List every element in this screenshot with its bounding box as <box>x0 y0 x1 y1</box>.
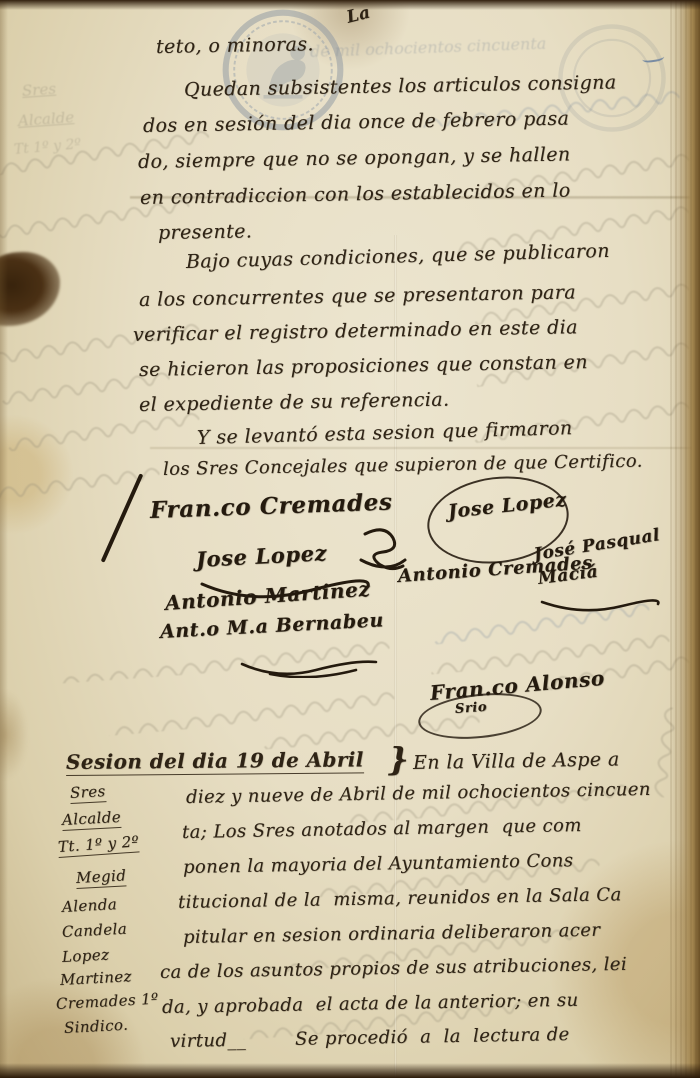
manuscript-line: ponen la mayoria del Ayuntamiento Cons <box>183 850 574 878</box>
session-heading-text: Sesion del dia 19 de Abril <box>66 747 364 776</box>
margin-item: Candela <box>62 920 128 941</box>
bleedthrough-top-line: de mil ochocientos cincuenta <box>310 34 547 61</box>
manuscript-page: de mil ochocientos cincuenta Sres Alcald… <box>0 0 700 1078</box>
manuscript-line: ta; Los Sres anotados al margen que com <box>182 815 582 843</box>
manuscript-line: a los concurrentes que se presentaron pa… <box>139 281 576 311</box>
margin-item: Sres <box>70 782 107 802</box>
ghost-squiggle <box>419 598 650 646</box>
page-bottom-edge <box>0 1063 700 1078</box>
book-block-right-edge <box>670 0 700 1078</box>
manuscript-line: presente. <box>158 220 253 244</box>
manuscript-line: teto, o minoras. <box>156 33 314 58</box>
signature-bernabeu: Ant.o M.a Bernabeu <box>159 609 384 643</box>
manuscript-line: verificar el registro determinado en est… <box>133 316 578 346</box>
signature-flourish <box>101 473 144 562</box>
margin-item: Tt. 1º y 2º <box>57 832 139 856</box>
session-heading: Sesion del dia 19 de Abril <box>66 747 364 774</box>
manuscript-line: se hicieron las proposiciones que consta… <box>139 351 588 381</box>
margin-item: Megid <box>76 866 127 887</box>
signature-underline-flourish <box>240 648 380 678</box>
bleedthrough-margin: Alcalde <box>17 108 74 130</box>
page-left-edge <box>0 0 8 1078</box>
margin-item: Lopez <box>62 946 110 966</box>
margin-item: Alcalde <box>62 808 122 829</box>
margin-item: Alenda <box>62 895 118 916</box>
margin-item: Martinez <box>60 967 133 989</box>
manuscript-line: Y se levantó esta sesion que firmaron <box>197 417 573 449</box>
manuscript-line: En la Villa de Aspe a <box>413 748 620 774</box>
manuscript-line: pitular en sesion ordinaria deliberaron … <box>183 920 601 948</box>
signature-jose-lopez: Jose Lopez <box>195 540 327 572</box>
ghost-squiggle <box>95 687 396 737</box>
brace: } <box>388 740 409 778</box>
signature-secretary-abbrev: Srio <box>454 700 487 717</box>
manuscript-line: diez y nueve de Abril de mil ochocientos… <box>186 779 651 808</box>
signature-antonio-martinez: Antonio Martinez <box>164 577 371 615</box>
bleedthrough-margin: Tt 1º y 2º <box>13 136 81 158</box>
manuscript-line: virtud__ Se procedió a la lectura de <box>170 1024 570 1052</box>
page-top-edge <box>0 0 700 10</box>
manuscript-line: los Sres Concejales que supieron de que … <box>163 451 643 480</box>
margin-item: Cremades 1º <box>56 990 159 1013</box>
manuscript-line: titucional de la misma, reunidos en la S… <box>178 884 622 913</box>
signature-francisco-cremades: Fran.co Cremades <box>150 489 393 524</box>
manuscript-line: en contradiccion con los establecidos en… <box>140 179 571 209</box>
ghost-squiggle <box>60 637 391 684</box>
manuscript-line: do, siempre que no se opongan, y se hall… <box>138 143 571 173</box>
margin-item: Sindico. <box>64 1016 129 1037</box>
manuscript-line: Bajo cuyas condiciones, que se publicaro… <box>186 240 610 273</box>
bleedthrough-margin: Sres <box>21 80 56 100</box>
signature-underline-flourish <box>540 592 660 616</box>
ink-stain <box>0 252 60 326</box>
manuscript-line: el expediente de su referencia. <box>139 389 450 416</box>
manuscript-line: dos en sesión del dia once de febrero pa… <box>143 108 570 137</box>
ghost-squiggle <box>429 630 670 675</box>
manuscript-line: da, y aprobada el acta de la anterior; e… <box>162 990 579 1018</box>
manuscript-line: ca de los asuntos propios de sus atribuc… <box>160 954 627 983</box>
